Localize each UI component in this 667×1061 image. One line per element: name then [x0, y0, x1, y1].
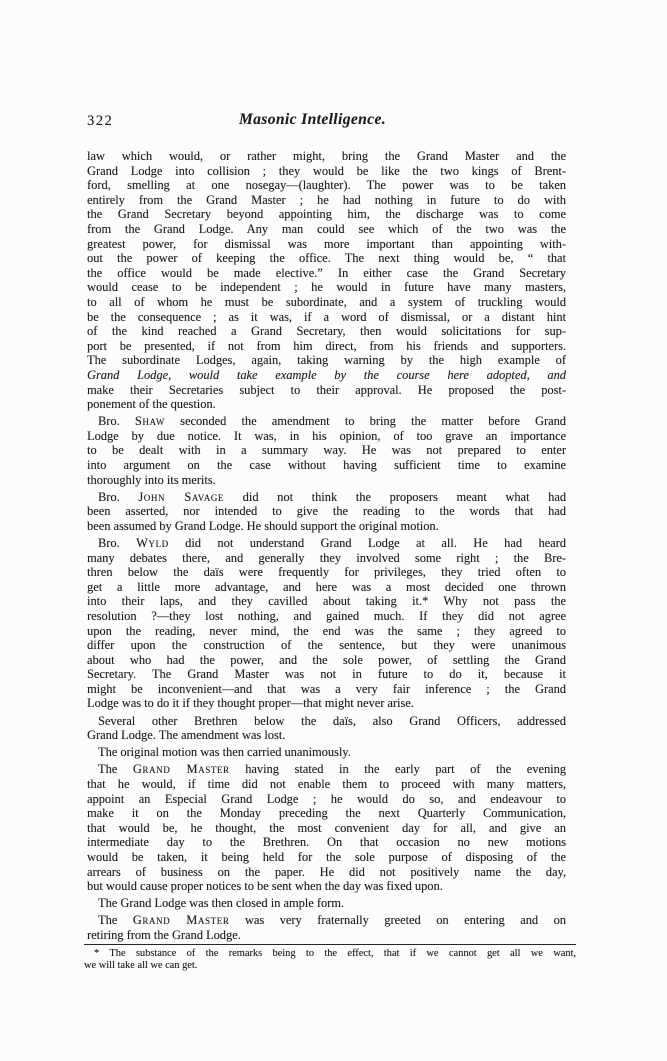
text-segment: ponement of the question. [87, 397, 216, 411]
text-segment: from the Grand Lodge. Any man could see … [87, 222, 566, 236]
text-line: The Grand Lodge was then closed in ample… [87, 896, 566, 911]
text-line: Bro. Shaw seconded the amendment to brin… [87, 414, 566, 429]
text-segment: The [98, 762, 133, 776]
text-segment: Grand Lodge into collision ; they would … [87, 164, 566, 178]
text-segment: upon the reading, never mind, the end wa… [87, 624, 566, 638]
text-line: Bro. John Savage did not think the propo… [87, 490, 566, 505]
text-line: law which would, or rather might, bring … [87, 149, 566, 164]
text-segment: The Grand Lodge was then closed in ample… [98, 896, 344, 910]
text-segment: intermediate day to the Brethren. On tha… [87, 835, 566, 849]
text-segment: that he would, if time did not enable th… [87, 777, 566, 791]
text-segment: would be taken, it being held for the so… [87, 850, 566, 864]
text-segment: law which would, or rather might, bring … [87, 149, 566, 163]
paragraph: Several other Brethren below the daïs, a… [87, 714, 566, 743]
text-segment: was very fraternally greeted on entering… [229, 913, 566, 927]
text-segment: thren below the daïs were frequently for… [87, 565, 566, 579]
text-line: thren below the daïs were frequently for… [87, 565, 566, 580]
paragraph: The Grand Lodge was then closed in ample… [87, 896, 566, 911]
footnote-line: we will take all we can get. [84, 960, 576, 972]
text-segment: The original motion was then carried una… [98, 745, 351, 759]
text-segment: that would be, he thought, the most conv… [87, 821, 566, 835]
paragraph: The Grand Master having stated in the ea… [87, 762, 566, 893]
text-segment: into argument on the case without having… [87, 458, 566, 472]
footnote-divider [84, 944, 576, 945]
text-segment: make their Secretaries subject to their … [87, 383, 566, 397]
text-line: The subordinate Lodges, again, taking wa… [87, 353, 566, 368]
text-line: greatest power, for dismissal was more i… [87, 237, 566, 252]
text-line: Bro. Wyld did not understand Grand Lodge… [87, 536, 566, 551]
text-segment: Secretary. The Grand Master was not in f… [87, 667, 566, 681]
text-line: appoint an Especial Grand Lodge ; he wou… [87, 792, 566, 807]
paragraph: The original motion was then carried una… [87, 745, 566, 760]
text-segment: might be inconvenient—and that was a ver… [87, 682, 566, 696]
text-segment: the office would be made elective.” In e… [87, 266, 566, 280]
text-segment: Lodge was to do it if they thought prope… [87, 696, 414, 710]
text-line: entirely from the Grand Master ; he had … [87, 193, 566, 208]
text-line: many debates there, and generally they i… [87, 551, 566, 566]
text-line: The Grand Master having stated in the ea… [87, 762, 566, 777]
text-line: Lodge was to do it if they thought prope… [87, 696, 566, 711]
text-segment: about who had the power, and the sole po… [87, 653, 566, 667]
smallcaps-name: Shaw [135, 414, 165, 428]
text-line: intermediate day to the Brethren. On tha… [87, 835, 566, 850]
smallcaps-name: Grand Master [133, 762, 230, 776]
footnote-line: * The substance of the remarks being to … [84, 948, 576, 960]
text-line: upon the reading, never mind, the end wa… [87, 624, 566, 639]
text-line: thoroughly into its merits. [87, 473, 566, 488]
text-segment: into their laps, and they cavilled about… [87, 594, 566, 608]
text-line: Lodge by due notice. It was, in his opin… [87, 429, 566, 444]
smallcaps-name: John Savage [138, 490, 224, 504]
text-line: get a little more advantage, and here wa… [87, 580, 566, 595]
page-header: 322 Masonic Intelligence. [87, 111, 566, 133]
text-segment: make it on the Monday preceding the next… [87, 806, 566, 820]
text-line: Grand Lodge, would take example by the c… [87, 368, 566, 383]
text-line: to be dealt with in a summary way. He wa… [87, 443, 566, 458]
text-line: resolution ?—they lost nothing, and gain… [87, 609, 566, 624]
text-segment: The [98, 913, 133, 927]
text-segment: Bro. [98, 414, 135, 428]
text-segment: be the consequence ; as it was, if a wor… [87, 310, 566, 324]
text-line: make their Secretaries subject to their … [87, 383, 566, 398]
text-segment: differ upon the construction of the sent… [87, 638, 566, 652]
text-segment: thoroughly into its merits. [87, 473, 216, 487]
text-line: the Grand Secretary beyond appointing hi… [87, 207, 566, 222]
text-segment: The subordinate Lodges, again, taking wa… [87, 353, 566, 367]
text-segment: to all of whom he must be subordinate, a… [87, 295, 566, 309]
text-line: Secretary. The Grand Master was not in f… [87, 667, 566, 682]
text-line: would be taken, it being held for the so… [87, 850, 566, 865]
text-segment: greatest power, for dismissal was more i… [87, 237, 566, 251]
text-segment: port be presented, if not from him direc… [87, 339, 566, 353]
text-segment: appoint an Especial Grand Lodge ; he wou… [87, 792, 566, 806]
text-segment: entirely from the Grand Master ; he had … [87, 193, 566, 207]
text-segment: Grand Lodge. The amendment was lost. [87, 728, 285, 742]
text-segment: arrears of business on the paper. He did… [87, 865, 566, 879]
text-segment: ford, smelling at one nosegay—(laughter)… [87, 178, 566, 192]
text-line: out the power of keeping the office. The… [87, 251, 566, 266]
text-line: but would cause proper notices to be sen… [87, 879, 566, 894]
text-line: into argument on the case without having… [87, 458, 566, 473]
text-line: been assumed by Grand Lodge. He should s… [87, 519, 566, 534]
article: law which would, or rather might, bring … [87, 149, 566, 945]
text-line: ford, smelling at one nosegay—(laughter)… [87, 178, 566, 193]
text-segment: been asserted, nor intended to give the … [87, 504, 566, 518]
text-line: The original motion was then carried una… [87, 745, 566, 760]
text-line: that would be, he thought, the most conv… [87, 821, 566, 836]
text-segment: to be dealt with in a summary way. He wa… [87, 443, 566, 457]
text-segment: retiring from the Grand Lodge. [87, 928, 241, 942]
text-line: Grand Lodge. The amendment was lost. [87, 728, 566, 743]
text-line: been asserted, nor intended to give the … [87, 504, 566, 519]
text-segment: been assumed by Grand Lodge. He should s… [87, 519, 439, 533]
text-line: into their laps, and they cavilled about… [87, 594, 566, 609]
smallcaps-name: Grand Master [133, 913, 230, 927]
text-line: arrears of business on the paper. He did… [87, 865, 566, 880]
running-title: Masonic Intelligence. [73, 111, 552, 129]
text-segment: did not understand Grand Lodge at all. H… [169, 536, 566, 550]
text-segment: did not think the proposers meant what h… [224, 490, 566, 504]
text-line: Grand Lodge into collision ; they would … [87, 164, 566, 179]
text-line: port be presented, if not from him direc… [87, 339, 566, 354]
text-segment: Several other Brethren below the daïs, a… [98, 714, 566, 728]
text-line: to all of whom he must be subordinate, a… [87, 295, 566, 310]
text-line: the office would be made elective.” In e… [87, 266, 566, 281]
text-segment: resolution ?—they lost nothing, and gain… [87, 609, 566, 623]
text-segment: out the power of keeping the office. The… [87, 251, 566, 265]
scanned-page: 322 Masonic Intelligence. law which woul… [0, 0, 667, 1061]
footnote: * The substance of the remarks being to … [84, 944, 576, 972]
text-segment: many debates there, and generally they i… [87, 551, 566, 565]
paragraph: Bro. Wyld did not understand Grand Lodge… [87, 536, 566, 711]
text-line: that he would, if time did not enable th… [87, 777, 566, 792]
text-line: be the consequence ; as it was, if a wor… [87, 310, 566, 325]
text-segment: would cease to be independent ; he would… [87, 280, 566, 294]
text-segment: the Grand Secretary beyond appointing hi… [87, 207, 566, 221]
paragraph: law which would, or rather might, bring … [87, 149, 566, 412]
smallcaps-name: Wyld [136, 536, 169, 550]
text-line: might be inconvenient—and that was a ver… [87, 682, 566, 697]
paragraph: Bro. Shaw seconded the amendment to brin… [87, 414, 566, 487]
text-segment: but would cause proper notices to be sen… [87, 879, 443, 893]
paragraph: The Grand Master was very fraternally gr… [87, 913, 566, 942]
text-segment: seconded the amendment to bring the matt… [165, 414, 566, 428]
italic-text: Grand Lodge, would take example by the c… [87, 368, 566, 382]
text-line: of the kind reached a Grand Secretary, t… [87, 324, 566, 339]
text-segment: of the kind reached a Grand Secretary, t… [87, 324, 566, 338]
text-line: about who had the power, and the sole po… [87, 653, 566, 668]
text-segment: having stated in the early part of the e… [230, 762, 566, 776]
text-segment: Bro. [98, 490, 138, 504]
text-line: Several other Brethren below the daïs, a… [87, 714, 566, 729]
text-segment: get a little more advantage, and here wa… [87, 580, 566, 594]
text-line: make it on the Monday preceding the next… [87, 806, 566, 821]
paragraph: Bro. John Savage did not think the propo… [87, 490, 566, 534]
text-line: would cease to be independent ; he would… [87, 280, 566, 295]
text-line: from the Grand Lodge. Any man could see … [87, 222, 566, 237]
text-line: The Grand Master was very fraternally gr… [87, 913, 566, 928]
text-line: differ upon the construction of the sent… [87, 638, 566, 653]
text-segment: Bro. [98, 536, 136, 550]
text-line: ponement of the question. [87, 397, 566, 412]
text-segment: Lodge by due notice. It was, in his opin… [87, 429, 566, 443]
text-line: retiring from the Grand Lodge. [87, 928, 566, 943]
